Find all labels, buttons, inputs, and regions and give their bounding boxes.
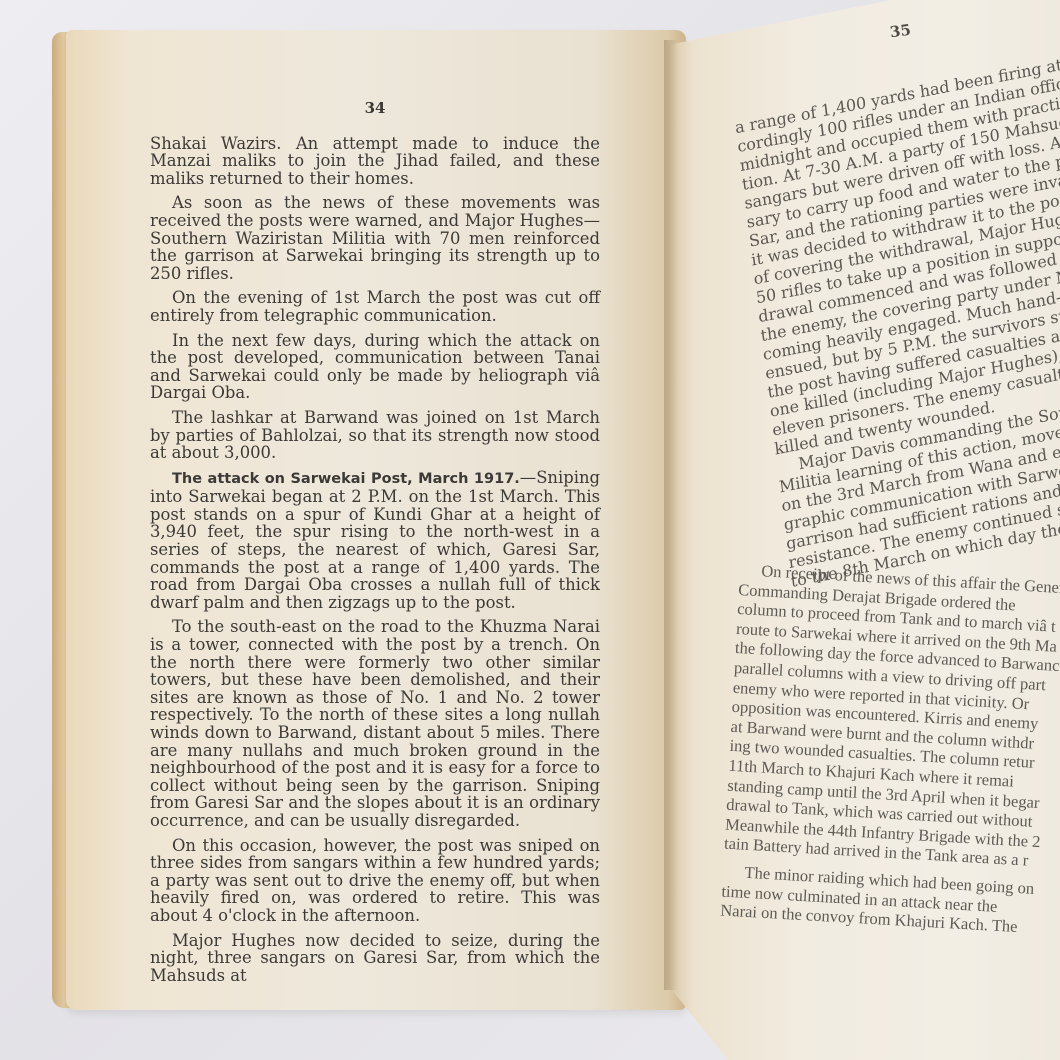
page-number-right: 35 [889, 21, 912, 42]
paragraph: In the next few days, during which the a… [150, 332, 600, 402]
paragraph: To the south-east on the road to the Khu… [150, 618, 600, 829]
book-gutter [664, 40, 678, 990]
right-page-upper-text: a range of 1,400 yards had been firing a… [734, 50, 1060, 591]
left-page-text: 34 Shakai Wazirs. An attempt made to ind… [150, 100, 600, 991]
paragraph: On this occasion, however, the post was … [150, 837, 600, 925]
paragraph: Major Hughes now decided to seize, durin… [150, 932, 600, 985]
paragraph-body: —Sniping into Sarwekai began at 2 P.M. o… [150, 468, 600, 612]
paragraph: On the evening of 1st March the post was… [150, 289, 600, 324]
paragraph: The lashkar at Barwand was joined on 1st… [150, 409, 600, 462]
paragraph: Shakai Wazirs. An attempt made to induce… [150, 135, 600, 188]
page-number-left: 34 [150, 100, 600, 118]
paragraph-with-heading: The attack on Sarwekai Post, March 1917.… [150, 469, 600, 612]
right-page-lower-text: On receipt of the news of this affair th… [720, 560, 1060, 939]
section-heading: The attack on Sarwekai Post, March 1917. [172, 471, 520, 487]
paragraph: As soon as the news of these movements w… [150, 194, 600, 282]
